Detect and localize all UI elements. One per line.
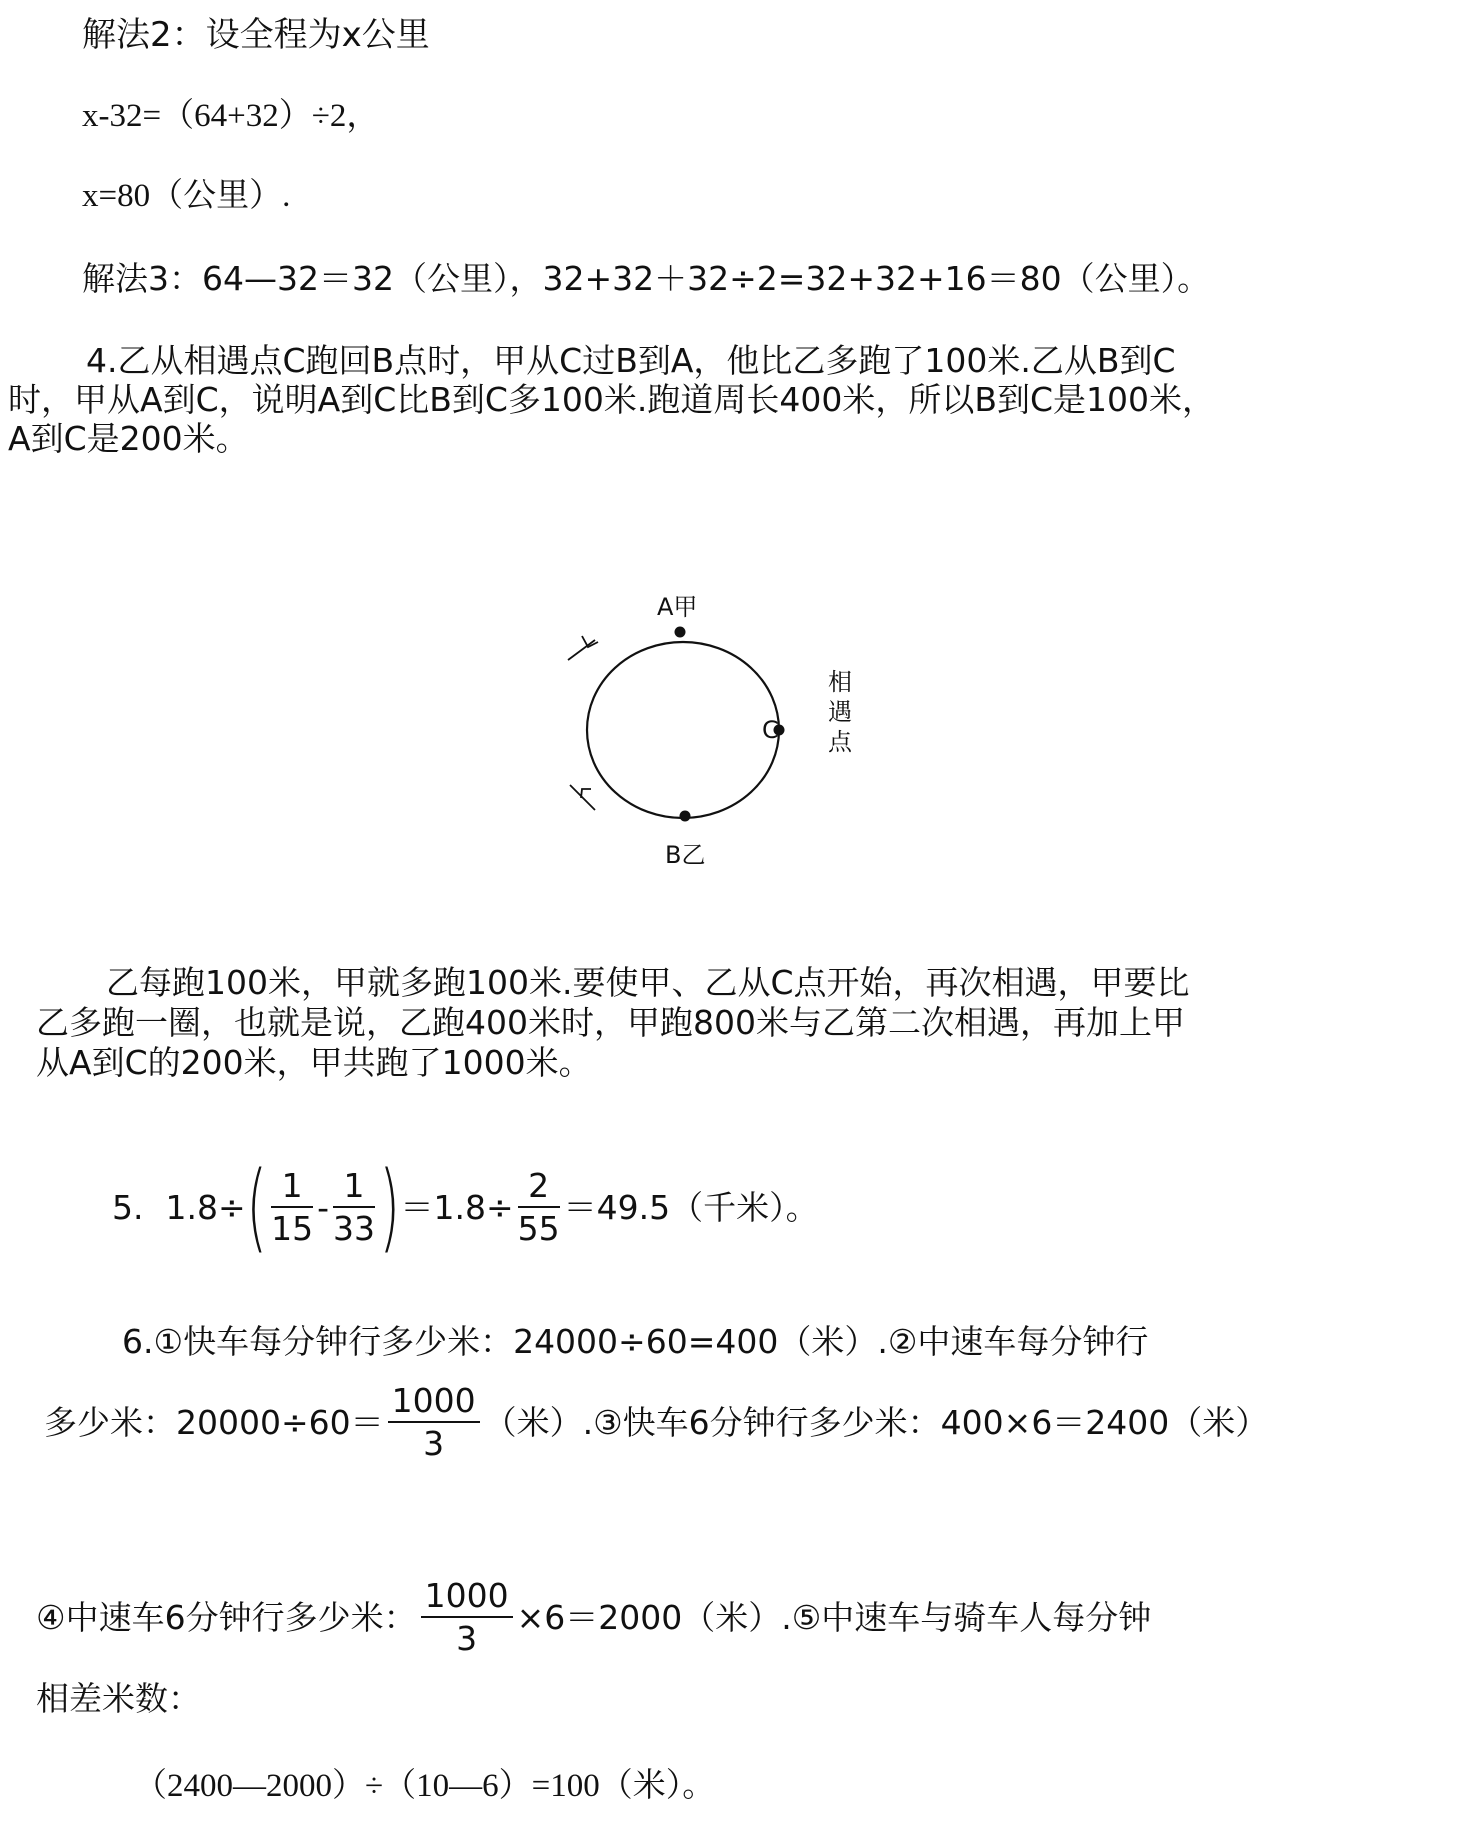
fraction-1000-3-b: 1000 3 (421, 1579, 513, 1655)
point-c-label: C (762, 718, 779, 742)
fraction-2-55: 2 55 (518, 1169, 560, 1245)
problem4-line-3: A到C是200米。 (8, 422, 249, 455)
problem6-line-3: ④中速车6分钟行多少米： 1000 3 ×6＝2000（米）.⑤中速车与骑车人每… (36, 1567, 1151, 1667)
problem5-prefix: 5. (112, 1191, 144, 1224)
problem6-line-5: （2400—2000）÷（10—6）=100（米）。 (134, 1770, 715, 1803)
solution2-equation-2: x=80（公里）. (82, 180, 290, 213)
point-a-label: A甲 (657, 595, 697, 619)
problem5-part-b: ＝1.8÷ (400, 1191, 513, 1224)
problem4-para2-line-2: 乙多跑一圈，也就是说，乙跑400米时，甲跑800米与乙第二次相遇，再加上甲 (36, 1006, 1185, 1039)
meeting-point-label-2: 遇 (828, 700, 852, 724)
problem6-line-4: 相差米数： (36, 1682, 201, 1715)
point-b-label: B乙 (665, 843, 705, 867)
problem4-line-2: 时，甲从A到C，说明A到C比B到C多100米.跑道周长400米，所以B到C是10… (8, 383, 1215, 416)
track-diagram: A甲 B乙 C 相 遇 点 (540, 570, 900, 890)
problem5-equation: 5. 1.8÷ ( 1 15 - 1 33 ) ＝1.8÷ 2 55 ＝49.5… (112, 1152, 819, 1262)
fraction-1000-3: 1000 3 (388, 1384, 480, 1460)
meeting-point-label-1: 相 (828, 670, 852, 694)
problem4-para2-line-1: 乙每跑100米，甲就多跑100米.要使甲、乙从C点开始，再次相遇，甲要比 (106, 966, 1190, 999)
problem4-line-1: 4.乙从相遇点C跑回B点时，甲从C过B到A，他比乙多跑了100米.乙从B到C (86, 344, 1176, 377)
solution2-equation-1: x-32=（64+32）÷2， (82, 100, 379, 133)
problem5-part-c: ＝49.5（千米）。 (564, 1191, 819, 1224)
problem4-para2-line-3: 从A到C的200米，甲共跑了1000米。 (36, 1046, 592, 1079)
problem6-line-2: 多少米：20000÷60＝ 1000 3 （米）.③快车6分钟行多少米：400×… (44, 1372, 1268, 1472)
meeting-point-label-3: 点 (828, 730, 852, 754)
solution2-title: 解法2：设全程为x公里 (82, 18, 430, 52)
right-paren: ) (379, 1159, 400, 1255)
problem5-part-a: 1.8÷ (166, 1191, 246, 1224)
fraction-1-33: 1 33 (333, 1169, 375, 1245)
solution3-text: 解法3：64—32＝32（公里），32+32＋32÷2=32+32+16＝80（… (82, 262, 1210, 295)
fraction-1-15: 1 15 (271, 1169, 313, 1245)
problem6-line-1: 6.①快车每分钟行多少米：24000÷60=400（米）.②中速车每分钟行 (122, 1325, 1148, 1358)
left-paren: ( (246, 1159, 267, 1255)
